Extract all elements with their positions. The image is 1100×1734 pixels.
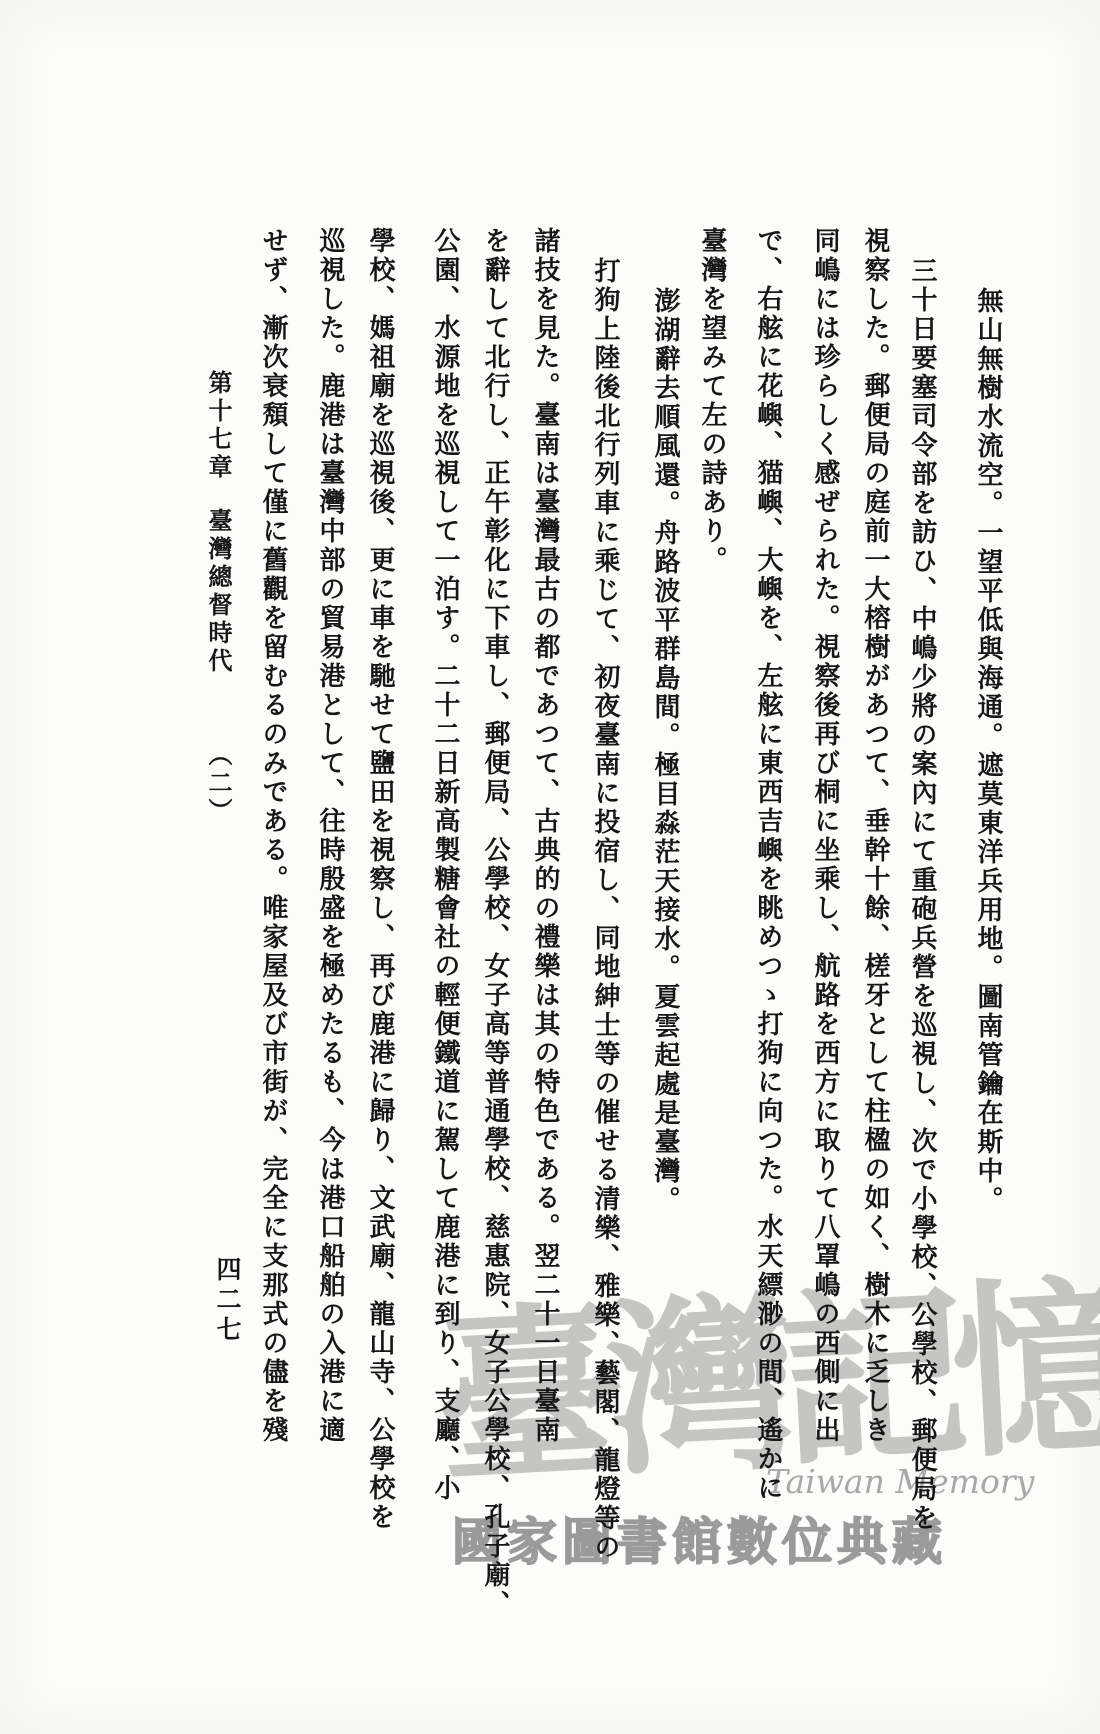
text-column-11: 公園、水源地を巡視して一泊す。二十二日新高製糖會社の輕便鐵道に駕して鹿港に到り、… (426, 227, 464, 1503)
text-column-14: せず、漸次衰頽して僅に舊觀を留むるのみである。唯家屋及び市街が、完全に支那式の儘… (254, 227, 292, 1445)
poem-column-1: 無山無樹水流空。一望平低與海通。遮莫東洋兵用地。圖南管鑰在斯中。 (969, 287, 1007, 1215)
scanned-book-page: 臺灣記憶 Taiwan Memory 國家圖書館數位典藏 無山無樹水流空。一望平… (0, 0, 1100, 1734)
text-column-10: を辭して北行し、正午彰化に下車し、郵便局、公學校、女子高等普通學校、慈惠院、女子… (476, 227, 514, 1619)
chapter-number: 第十七章 (204, 370, 233, 482)
text-column-5: で、右舷に花嶼、猫嶼、大嶼を、左舷に東西吉嶼を眺めつゝ打狗に向つた。水天縹渺の間… (749, 227, 787, 1503)
watermark-latin-text: Taiwan Memory (766, 1462, 1034, 1501)
text-column-12: 學校、媽祖廟を巡視後、更に車を馳せて鹽田を視察し、再び鹿港に歸り、文武廟、龍山寺… (361, 227, 399, 1532)
text-column-6: 臺灣を望みて左の詩あり。 (693, 227, 731, 575)
text-column-3: 視察した。郵便局の庭前一大榕樹があつて、垂幹十餘、槎牙として柱楹の如く、樹木に乏… (856, 227, 894, 1445)
text-column-9: 諸技を見た。臺南は臺灣最古の都であつて、古典的の禮樂は其の特色である。翌二十一日… (526, 227, 564, 1445)
watermark-institution-text: 國家圖書館數位典藏 (452, 1502, 947, 1574)
poem-column-2: 澎湖辭去順風還。舟路波平群島間。極目淼茫天接水。夏雲起處是臺灣。 (646, 287, 684, 1215)
text-column-13: 巡視した。鹿港は臺灣中部の貿易港として、往時殷盛を極めたるも、今は港口船舶の入港… (311, 227, 349, 1445)
chapter-title: 臺灣總督時代 (204, 508, 233, 676)
text-column-8: 打狗上陸後北行列車に乘じて、初夜臺南に投宿し、同地紳士等の催せる清樂、雅樂、藝閣… (586, 257, 624, 1562)
page-number: 四二七 (209, 1256, 245, 1346)
text-column-2: 三十日要塞司令部を訪ひ、中嶋少將の案內にて重砲兵營を巡視し、次で小學校、公學校、… (903, 257, 941, 1533)
chapter-part: （二） (204, 742, 233, 826)
text-column-4: 同嶋には珍らしく感ぜられた。視察後再び桐に坐乘し、航路を西方に取りて八罩嶋の西側… (806, 227, 844, 1445)
running-head: 第十七章臺灣總督時代（二） (201, 370, 236, 826)
